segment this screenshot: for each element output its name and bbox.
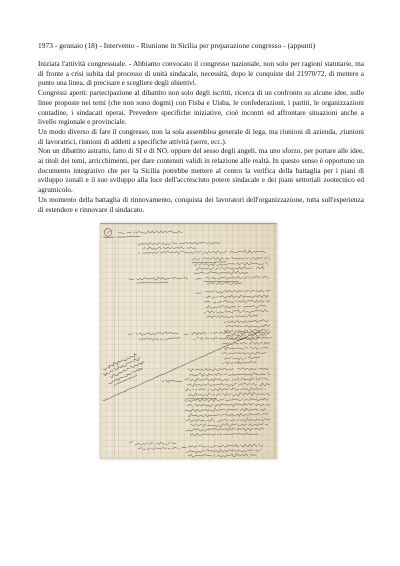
- document-paragraph: Non un dibattito astratto, fatto di SI e…: [38, 147, 364, 196]
- handwriting-strokes: [100, 224, 277, 459]
- document-page: 1973 - gennaio (18) - Intervento - Riuni…: [0, 0, 400, 566]
- handwritten-note-scan: [100, 223, 277, 459]
- document-paragraph: Un modo diverso di fare il congresso, no…: [38, 128, 364, 147]
- document-paragraph: Un momento della battaglia di rinnovamen…: [38, 196, 364, 215]
- document-paragraph: Congressi aperti: partecipazione al diba…: [38, 89, 364, 128]
- document-body: Iniziata l'attività congressuale. - Abbi…: [38, 60, 364, 215]
- document-title: 1973 - gennaio (18) - Intervento - Riuni…: [38, 41, 364, 51]
- document-paragraph: Iniziata l'attività congressuale. - Abbi…: [38, 60, 364, 89]
